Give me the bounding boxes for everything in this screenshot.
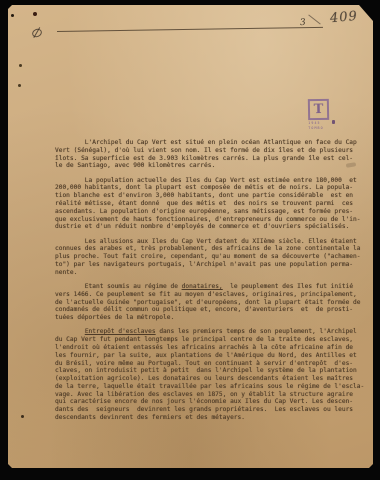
handwritten-folio-number: 409 [329,9,358,26]
doc-line: les fournir, par la suite, aux plantatio… [55,352,364,360]
doc-line: réalité métisse, étant donné que des mét… [55,200,364,208]
typewritten-text: L'Archipel du Cap Vert est situé en plei… [55,139,364,422]
archive-stamp: T 1945 TOMBO [302,99,344,132]
doc-line: condamnés de délit commun ou politique e… [55,306,364,314]
doc-line: L'Archipel du Cap Vert est situé en plei… [55,139,364,147]
scanned-document-view: 3 409 T 1945 TOMBO L'Archipel du Cap Ver… [0,0,380,480]
doc-line: ascendants. La population d'origine euro… [55,208,364,216]
doc-line: du Cap Vert fut pendant longtemps le pri… [55,336,364,344]
doc-line: claves, on introduisit petit à petit dan… [55,367,364,375]
doc-line: plus proche. Tout fait croire, cependant… [55,253,364,261]
paper-sheet: 3 409 T 1945 TOMBO L'Archipel du Cap Ver… [8,5,373,468]
pencil-scribble [31,27,43,38]
doc-line: vers 1466. Ce peuplement se fit au moyen… [55,291,364,299]
doc-line: l'endroit où étaient entassés les africa… [55,344,364,352]
doc-line: Vert (Sénégal), d'où lui vient son nom. … [55,147,364,155]
ink-speck [21,415,24,418]
doc-line: Etant soumis au régime de donataires, le… [55,283,364,291]
paragraph: La population actuelle des Iles du Cap V… [55,177,364,231]
doc-line: le de Santiago, avec 900 kilomètres carr… [55,162,364,170]
stamp-text-line1: 1945 [308,122,331,125]
paragraph: L'Archipel du Cap Vert est situé en plei… [55,139,364,170]
punch-hole [11,14,14,17]
paragraph: Entrepôt d'esclaves dans les premiers te… [55,328,364,421]
handwritten-slash-mark [308,14,320,24]
doc-line: dustrie et d'un réduit nombre d'employés… [55,223,364,231]
doc-line: descendants devinrent des fermiers et de… [55,414,364,422]
doc-line: (exploitation agricole). Les donataires … [55,375,364,383]
punch-hole [19,64,22,67]
handwritten-corner-number: 3 [299,18,306,29]
stamp-ink-blob [332,120,335,124]
doc-line: nente. [55,269,364,277]
doc-line: tion blanche est d'environ 3,000 habitan… [55,192,364,200]
ruled-line [57,27,323,32]
doc-line: connues des arabes et, très probablement… [55,245,364,253]
doc-line: to") par les navigateurs portugais, l'Ar… [55,261,364,269]
ink-speck [33,12,37,16]
stamp-text-line2: TOMBO [308,127,331,130]
doc-line: tuées déportées de la métropole. [55,314,364,322]
paragraph: Les allusions aux Iles du Cap Vert daten… [55,238,364,277]
doc-line: dants des seigneurs devinrent les grands… [55,406,364,414]
punch-hole [18,84,21,87]
stamp-letter-box: T [308,99,329,120]
doc-line: de la terre, laquelle était travaillée p… [55,383,364,391]
stamp-letter: T [314,102,324,117]
paragraph: Etant soumis au régime de donataires, le… [55,283,364,322]
